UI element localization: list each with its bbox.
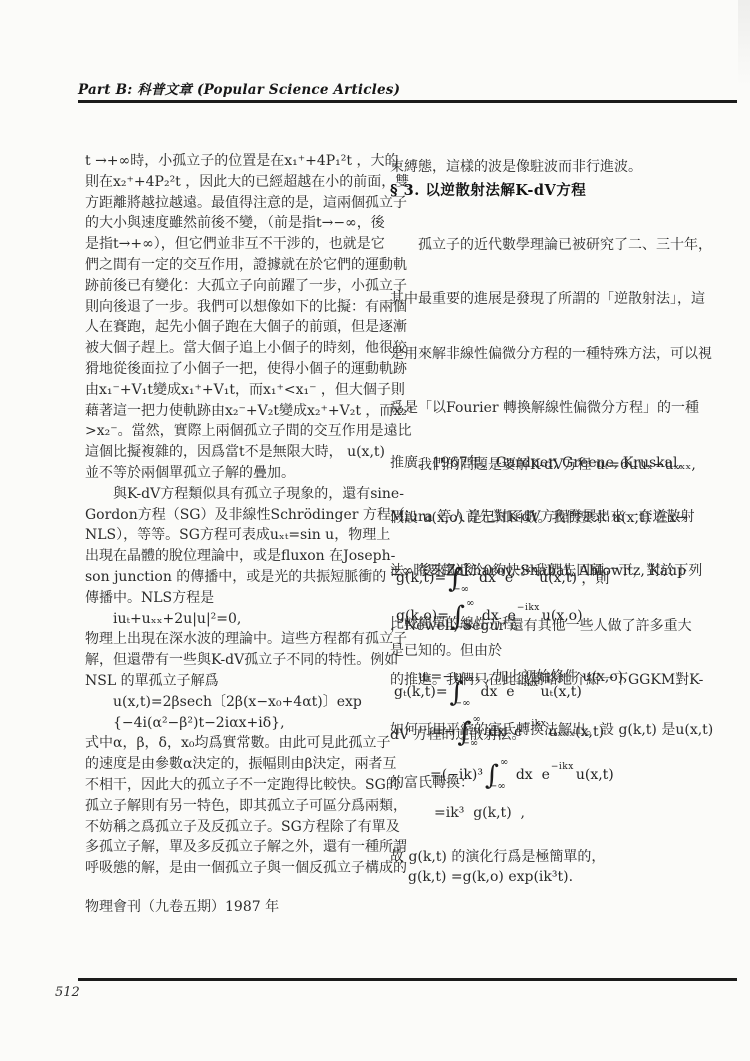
text-line: 不相干，因此大的孤立子不一定跑得比較快。SG的 [85, 775, 385, 796]
text-line: 解，但還帶有一些與K-dV孤立子不同的特性。例如 [85, 650, 385, 671]
formula-initial-transform: g(k,o)=∫∞−∞ dx e−ikxu(x,o) [396, 598, 583, 634]
text-line: 出現在晶體的脫位理論中，或是fluxon 在Joseph- [85, 546, 385, 567]
text-line: 與K-dV方程類似具有孤立子現象的，還有sine- [85, 484, 385, 505]
page-number: 512 [55, 985, 80, 1000]
text-line: 這個比擬複雜的，因爲當t不是無限大時， u(x,t) [85, 442, 385, 463]
text-line: 孤立子的近代數學理論已被研究了二、三十年， [390, 234, 712, 256]
text-line: son junction 的傳播中，或是光的共振短脈衝的 [85, 567, 385, 588]
running-header: Part B: 科普文章 (Popular Science Articles) [78, 78, 400, 98]
text-line: 呼吸態的解，是由一個孤立子與一個反孤立子構成的 [85, 858, 385, 879]
text-line: Gordon方程（SG）及非線性Schrödinger 方程（ [85, 505, 385, 526]
scan-edge-artifact [738, 0, 750, 85]
formula-lhs: g(k,o)= [396, 608, 449, 624]
left-column: t →+∞時，小孤立子的位置是在x₁⁺+4P₁²t ，大的 則在x₂⁺+4P₂²… [85, 151, 385, 916]
scanned-journal-page: { "symbols": { "integral": "∫" }, "page"… [0, 0, 750, 1061]
text-line: 猾地從後面拉了小個子一把，使得小個子的運動軌跡 [85, 359, 385, 380]
text-line: 不妨稱之爲孤立子及反孤立子。SG方程除了有單及 [85, 817, 385, 838]
text-line: 則向後退了一步。我們可以想像如下的比擬：有兩個 [85, 297, 385, 318]
journal-footer: 物理會刊（九卷五期）1987 年 [85, 896, 385, 916]
text-line: 藉著這一把力使軌跡由x₂⁻+V₂t變成x₂⁺+V₂t ，而x₂⁺ [85, 401, 385, 422]
text-line: 被大個子趕上。當大個子追上小個子的時刻，他很狡 [85, 338, 385, 359]
formula-step-3: =(−ik)³∫∞−∞ dx e−ikxu(x,t) [430, 757, 614, 793]
exponent: −ikx [523, 719, 546, 729]
formula-evolution: g(k,t) =g(k,o) exp(ik³t). [408, 869, 573, 885]
integral-limits: ∞−∞ [466, 598, 474, 634]
text-line: 傳播中。NLS方程是 [85, 588, 385, 609]
text-line: 的速度是由參數α決定的，振幅則由β決定，兩者互 [85, 754, 385, 775]
exponent: −ikx [551, 762, 574, 772]
text-line: 跡前後已有變化：大孤立子向前躍了一步，小孤立子 [85, 276, 385, 297]
text-line: 方距離將越拉越遠。最值得注意的是，這兩個孤立子 [85, 193, 385, 214]
text-line: 的大小與速度雖然前後不變，（前是指t→−∞，後 [85, 213, 385, 234]
exponent: −ikx [514, 565, 537, 575]
text-line: >x₂⁻。當然，實際上兩個孤立子間的交互作用是遠比 [85, 421, 385, 442]
text-line: 是用來解非線性偏微分方程的一種特殊方法，可以視 [390, 343, 712, 365]
integral-limits: ∞−∞ [473, 714, 481, 750]
section-heading: § 3. 以逆散射法解K-dV方程 [390, 179, 586, 200]
inline-formula-soliton2: {−4i(α²−β²)t−2iαx+iδ}, [85, 713, 385, 734]
exponent: −ikx [517, 603, 540, 613]
inline-formula-nls: iuₜ+uₓₓ+2u|u|²=0, [85, 609, 385, 630]
formula-step-2: =−∫∞−∞ dx e−ikxuₓₓₓ(x,t) [432, 714, 604, 750]
text-line: 其中最重要的進展是發現了所謂的「逆散射法」，這 [390, 288, 712, 310]
formula-lhs: gₜ(k,t)= [394, 684, 448, 700]
text-line: 並不等於兩個單孤立子解的疊加。 [85, 463, 385, 484]
text-line: 束縛態，這樣的波是像駐波而非行進波。 [390, 156, 642, 176]
integral-limits: ∞−∞ [463, 560, 471, 596]
text-line: 物理上出現在深水波的理論中。這些方程都有孤立子 [85, 629, 385, 650]
text-line: 爲是「以Fourier 轉換解線性偏微分方程」的一種 [390, 397, 712, 419]
text-line: 假設 u(x,o) 是已知函數。我們要求 u(x,t) 在x→ [390, 508, 713, 529]
exponent: −ikx [516, 679, 539, 689]
formula-result: =ik³ g(k,t) , [434, 805, 525, 821]
text-line: NLS），等等。SG方程可表成uₓₜ=sin u，物理上 [85, 525, 385, 546]
formula-lhs: =(−ik)³ [430, 767, 483, 783]
integral-limits: ∞−∞ [465, 674, 473, 710]
formula-time-derivative: gₜ(k,t)=∫∞−∞ dx e−ikxuₜ(x,t) [394, 674, 582, 710]
text-line: 人在賽跑，起先小個子跑在大個子的前頭，但是逐漸 [85, 317, 385, 338]
inline-formula-soliton: u(x,t)=2βsech〔2β(x−x₀+4αt)〕exp [85, 692, 385, 713]
formula-lhs: g(k,t)= [396, 570, 446, 586]
text-line: 我們的問題是要解K-dV方程 uₜ=6uuₓ−uₓₓₓ, [390, 455, 713, 476]
footer-rule [78, 978, 737, 981]
text-line: 孤立子解則有另一特色，即其孤立子可區分爲兩類， [85, 796, 385, 817]
text-line: t →+∞時，小孤立子的位置是在x₁⁺+4P₁²t ，大的 [85, 151, 385, 172]
text-line: 是已知的。但由於 [390, 640, 502, 660]
text-line: 故 g(k,t) 的演化行爲是極簡單的， [390, 846, 605, 866]
text-line: 多孤立子解，單及多反孤立子解之外，還有一種所謂 [85, 837, 385, 858]
text-line: 由x₁⁻+V₁t變成x₁⁺+V₁t，而x₁⁺<x₁⁻ ，但大個子則 [85, 380, 385, 401]
integral-limits: ∞−∞ [500, 757, 508, 793]
text-line: 們之間有一定的交互作用，證據就在於它們的運動軌 [85, 255, 385, 276]
formula-lhs: =− [432, 724, 455, 740]
right-column: 束縛態，這樣的波是像駐波而非行進波。 § 3. 以逆散射法解K-dV方程 孤立子… [390, 0, 696, 1061]
text-line: NSL 的單孤立子解爲 [85, 671, 385, 692]
text-line: 式中α，β，δ，x₀均爲實常數。由此可見此孤立子 [85, 733, 385, 754]
text-line: 是指t→+∞），但它們並非互不干涉的，也就是它 [85, 234, 385, 255]
formula-fourier-transform: g(k,t)=∫∞−∞ dx e−ikxu(x,t) ，則 [396, 560, 609, 596]
text-line: 則在x₂⁺+4P₂²t ，因此大的已經超越在小的前面，雙 [85, 172, 385, 193]
